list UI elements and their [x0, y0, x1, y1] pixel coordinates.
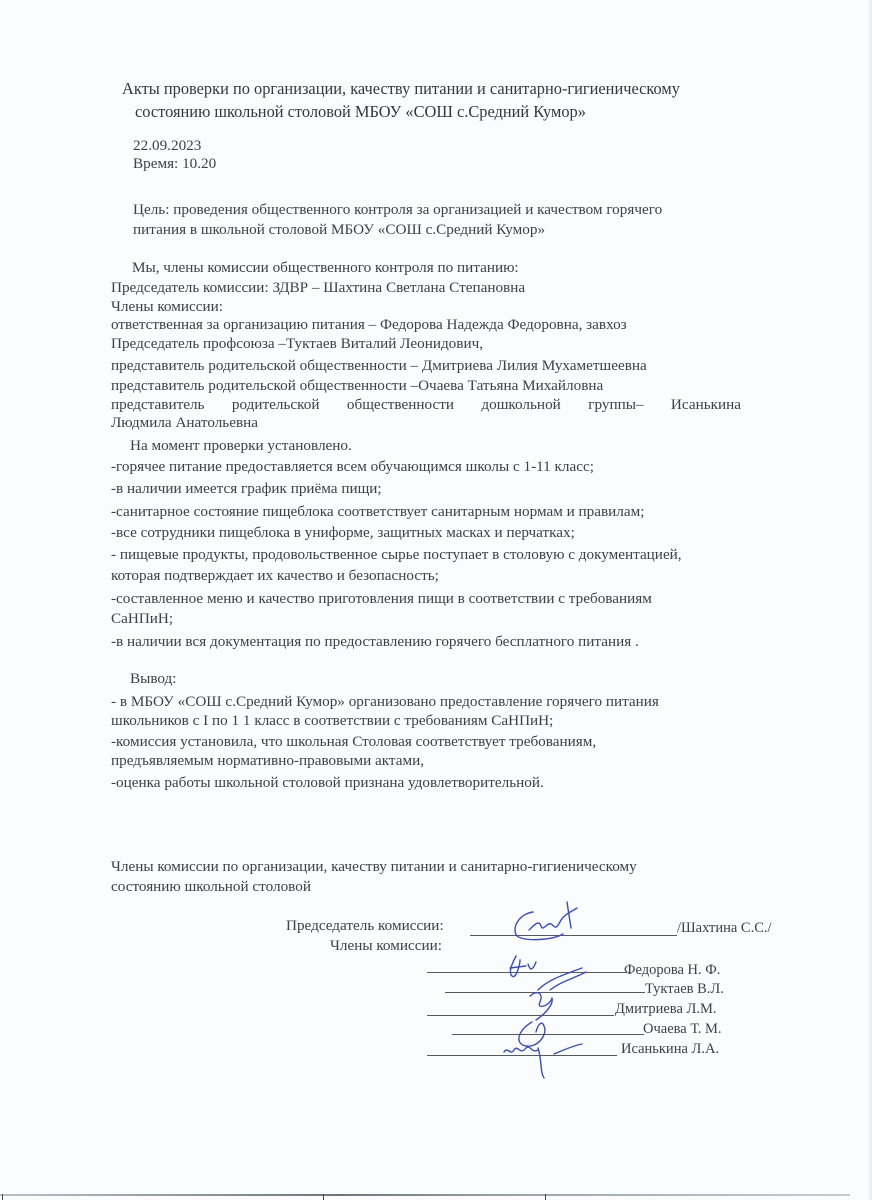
commission-chair: Председатель комиссии: ЗДВР – Шахтина Св…: [111, 279, 525, 297]
member-line: Председатель профсоюза –Туктаев Виталий …: [111, 335, 483, 353]
document-title-line-1: Акты проверки по организации, качеству п…: [122, 80, 680, 98]
scan-tick: [545, 1194, 546, 1200]
finding-line: - пищевые продукты, продовольственное сы…: [111, 546, 682, 564]
scan-tick: [323, 1194, 324, 1200]
finding-line: -в наличии имеется график приёма пищи;: [111, 480, 382, 498]
members-heading: Члены комиссии:: [111, 298, 223, 316]
finding-line: СаНПиН;: [111, 610, 173, 628]
finding-line: -горячее питание предоставляется всем об…: [111, 458, 594, 476]
member-line: представитель родительской общественност…: [111, 357, 647, 375]
member-signature-name: Туктаев В.Л.: [645, 980, 724, 998]
conclusion-line: - в МБОУ «СОШ с.Средний Кумор» организов…: [111, 693, 659, 711]
document-title-line-2: состоянию школьной столовой МБОУ «СОШ с.…: [135, 103, 586, 121]
member-line: ответственная за организацию питания – Ф…: [111, 316, 627, 334]
conclusion-line: -комиссия установила, что школьная Столо…: [111, 733, 596, 751]
finding-line: -составленное меню и качество приготовле…: [111, 590, 652, 608]
member-signatures-icon: [490, 950, 630, 1080]
chair-signature-name: /Шахтина С.С./: [677, 919, 772, 937]
member-signature-name: Дмитриева Л.М.: [615, 1000, 716, 1018]
document-date: 22.09.2023: [133, 137, 201, 155]
scanned-document-page: Акты проверки по организации, качеству п…: [0, 0, 872, 1200]
conclusion-line: -оценка работы школьной столовой признан…: [111, 774, 544, 792]
findings-heading: На момент проверки установлено.: [130, 437, 352, 455]
scan-edge: [867, 0, 872, 1200]
scan-tick: [2, 1194, 3, 1200]
conclusion-line: предъявляемым нормативно-правовыми актам…: [111, 752, 424, 770]
finding-line: -санитарное состояние пищеблока соответс…: [111, 503, 644, 521]
member-signature-name: Федорова Н. Ф.: [624, 961, 720, 979]
finding-line: -в наличии вся документация по предостав…: [111, 633, 639, 651]
chair-signature-icon: [505, 898, 590, 943]
member-line: представитель родительской общественност…: [111, 377, 603, 395]
goal-line-2: питания в школьной столовой МБОУ «СОШ с.…: [133, 221, 545, 239]
chair-signature-label: Председатель комиссии:: [286, 917, 444, 935]
scan-bottom-edge: [0, 1194, 850, 1196]
member-signature-name: Исанькина Л.А.: [621, 1040, 719, 1058]
finding-line: -все сотрудники пищеблока в униформе, за…: [111, 524, 575, 542]
member-line: представитель родительской общественност…: [111, 396, 741, 414]
member-line: Людмила Анатольевна: [111, 414, 258, 432]
document-time: Время: 10.20: [133, 155, 216, 173]
footer-line-2: состоянию школьной столовой: [111, 878, 311, 896]
conclusion-line: школьников с I по 1 1 класс в соответств…: [111, 712, 553, 730]
footer-line-1: Члены комиссии по организации, качеству …: [111, 858, 637, 876]
member-signature-name: Очаева Т. М.: [643, 1020, 722, 1038]
members-signature-label: Члены комиссии:: [330, 937, 442, 955]
conclusion-heading: Вывод:: [130, 670, 177, 688]
finding-line: которая подтверждает их качество и безоп…: [111, 567, 439, 585]
goal-line-1: Цель: проведения общественного контроля …: [133, 201, 662, 219]
commission-intro: Мы, члены комиссии общественного контрол…: [132, 259, 519, 277]
